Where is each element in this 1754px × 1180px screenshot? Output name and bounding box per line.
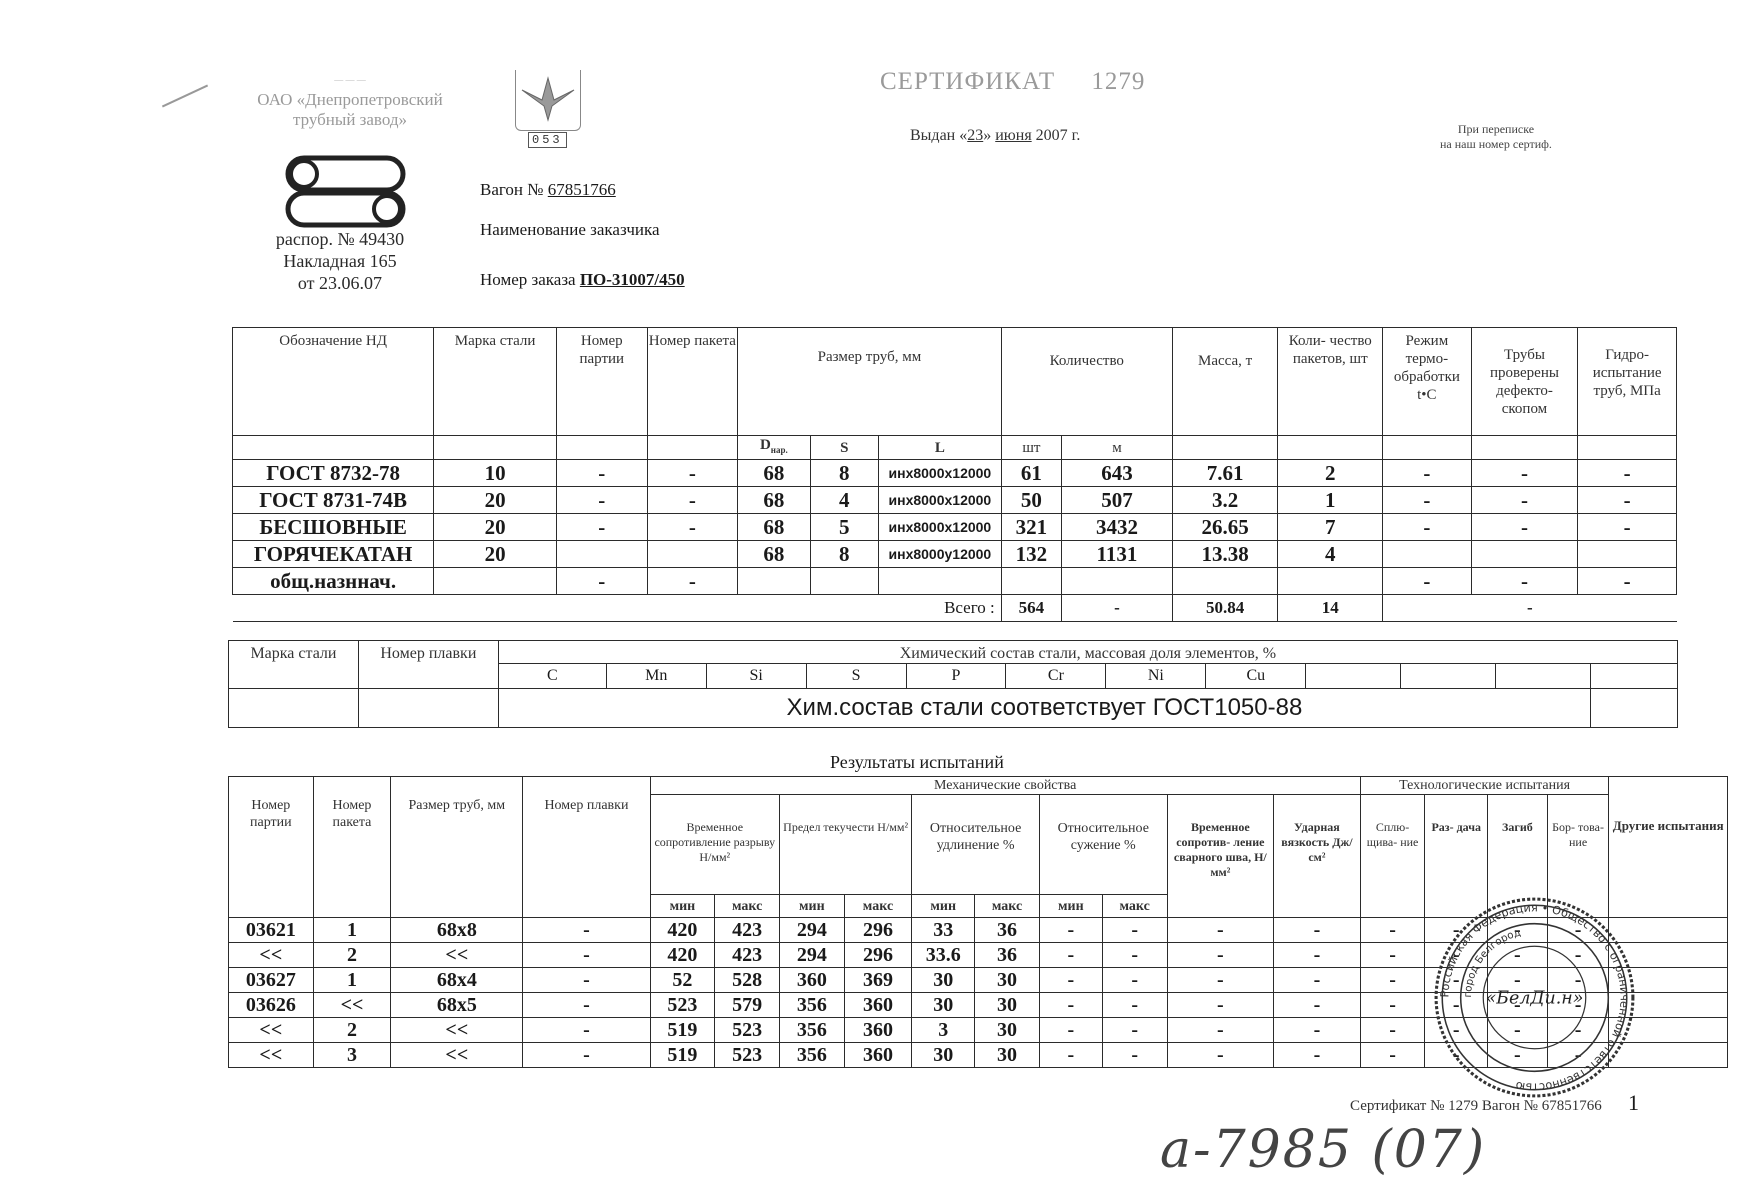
cell-m [1062, 568, 1173, 595]
cell-y-max: 360 [844, 1043, 912, 1068]
total-mass: 50.84 [1172, 595, 1278, 622]
res-col-impact: Ударная вязкость Дж/см² [1274, 795, 1361, 918]
cell-defect: - [1471, 568, 1578, 595]
cell-steel: 20 [434, 487, 557, 514]
cell-uts-max: 528 [715, 968, 780, 993]
cell-nd: ГОСТ 8731-74В [233, 487, 434, 514]
cell-flatten: - [1360, 943, 1425, 968]
cell-lot: - [557, 514, 648, 541]
cell-uts-min: 420 [650, 943, 715, 968]
cell-y-min: 294 [780, 918, 845, 943]
res-col-pack: Номер пакета [313, 777, 391, 918]
cell-heat [1383, 541, 1472, 568]
order-field: Номер заказа ПО-31007/450 [480, 270, 685, 290]
cell-packs: 7 [1278, 514, 1383, 541]
res-col-lot: Номер партии [229, 777, 314, 918]
certificate-number: 1279 [1091, 68, 1145, 95]
cell-r-min: - [1039, 1018, 1102, 1043]
chem-steel-value [229, 689, 359, 728]
res-col-uts: Временное сопротивление разрыву Н/мм² [650, 795, 779, 895]
cell-lot: - [557, 487, 648, 514]
cell-weld: - [1167, 1043, 1274, 1068]
cell-packs: 1 [1278, 487, 1383, 514]
cell-size: << [391, 943, 523, 968]
cell-weld: - [1167, 943, 1274, 968]
cell-steel [434, 568, 557, 595]
cell-hydro: - [1578, 487, 1677, 514]
cell-pcs: 321 [1001, 514, 1061, 541]
issue-year: 2007 г. [1036, 127, 1081, 144]
chem-element: C [498, 664, 606, 689]
cell-l [878, 568, 1001, 595]
cell-impact: - [1274, 993, 1361, 1018]
col-heat-treatment: Режим термо- обработки t•C [1383, 328, 1472, 436]
cell-el-min: 30 [912, 968, 975, 993]
cell-pcs: 61 [1001, 460, 1061, 487]
sub-wall-thickness: S [810, 436, 878, 460]
cell-weld: - [1167, 1018, 1274, 1043]
cell-mass: 13.38 [1172, 541, 1278, 568]
cell-el-min: 33 [912, 918, 975, 943]
cell-y-min: 356 [780, 993, 845, 1018]
total-pieces: 564 [1001, 595, 1061, 622]
cell-uts-min: 519 [650, 1018, 715, 1043]
wagon-label: Вагон № [480, 180, 544, 199]
cell-size: 68x5 [391, 993, 523, 1018]
correspondence-note: При переписке на наш номер сертиф. [1440, 122, 1552, 152]
res-col-flattening: Сплю- щива- ние [1360, 795, 1425, 918]
cell-flatten: - [1360, 968, 1425, 993]
res-min: мин [1039, 895, 1102, 918]
cell-heat: - [1383, 568, 1472, 595]
cell-uts-max: 423 [715, 943, 780, 968]
order-label: Номер заказа [480, 270, 576, 289]
cell-pack: 2 [313, 1018, 391, 1043]
chem-heat-value [358, 689, 498, 728]
waybill-date: от 23.06.07 [240, 272, 440, 294]
col-steel-grade: Марка стали [434, 328, 557, 436]
manufacturer-name: — — — ОАО «Днепропетровский трубный заво… [225, 70, 475, 130]
cell-impact: - [1274, 918, 1361, 943]
chem-element: Si [706, 664, 806, 689]
chem-title: Химический состав стали, массовая доля э… [498, 641, 1677, 664]
cell-r-max: - [1102, 993, 1167, 1018]
sub-meters: м [1062, 436, 1173, 460]
col-defectoscope: Трубы проверены дефекто- скопом [1471, 328, 1578, 436]
cell-defect: - [1471, 460, 1578, 487]
cell-mass: 26.65 [1172, 514, 1278, 541]
cell-pack: - [647, 460, 738, 487]
cell-y-max: 360 [844, 993, 912, 1018]
wagon-field: Вагон № 67851766 [480, 180, 616, 200]
chem-element: Cr [1006, 664, 1106, 689]
cell-nd: общ.назннач. [233, 568, 434, 595]
issue-date-mid: » [983, 127, 991, 144]
cell-impact: - [1274, 943, 1361, 968]
outer-diameter-symbol: D [760, 437, 771, 453]
distribution-number: распор. № 49430 [240, 228, 440, 250]
outer-diameter-subscript: нар. [771, 445, 788, 455]
cell-pack: - [647, 487, 738, 514]
chem-element: Ni [1106, 664, 1206, 689]
sub-blank [434, 436, 557, 460]
cell-uts-min: 420 [650, 918, 715, 943]
cell-y-min: 356 [780, 1018, 845, 1043]
cell-hydro: - [1578, 460, 1677, 487]
cell-size: << [391, 1018, 523, 1043]
res-min: мин [912, 895, 975, 918]
chem-element [1306, 664, 1401, 689]
cell-pcs [1001, 568, 1061, 595]
sub-blank [233, 436, 434, 460]
cell-lot: - [557, 460, 648, 487]
svg-text:«БелДи.н»: «БелДи.н» [1486, 989, 1584, 1009]
cell-lot: 03621 [229, 918, 314, 943]
cell-lot: << [229, 1043, 314, 1068]
cell-s [810, 568, 878, 595]
cell-heat: - [523, 1043, 650, 1068]
cell-lot: - [557, 568, 648, 595]
res-mechanical-group: Механические свойства [650, 777, 1360, 795]
shipment-row: ГОРЯЧЕКАТАН20688инх8000у12000132113113.3… [233, 541, 1677, 568]
cell-pack: 1 [313, 968, 391, 993]
cell-l: инх8000х12000 [878, 487, 1001, 514]
res-max: макс [975, 895, 1040, 918]
cell-pcs: 132 [1001, 541, 1061, 568]
res-min: мин [780, 895, 845, 918]
cell-steel: 10 [434, 460, 557, 487]
emblem-code: 053 [528, 132, 567, 148]
test-results-title: Результаты испытаний [830, 752, 1004, 773]
col-pack: Номер пакета [647, 328, 738, 436]
shipment-total-row: Всего :564-50.8414- [233, 595, 1677, 622]
cell-pack: - [647, 514, 738, 541]
cell-steel: 20 [434, 514, 557, 541]
cell-weld: - [1167, 993, 1274, 1018]
cell-y-max: 296 [844, 943, 912, 968]
cell-el-max: 30 [975, 968, 1040, 993]
col-lot: Номер партии [557, 328, 648, 436]
issue-date: Выдан «23» июня 2007 г. [910, 127, 1080, 145]
shipment-row: ГОСТ 8731-74В20--684инх8000х12000505073.… [233, 487, 1677, 514]
total-meters: - [1062, 595, 1173, 622]
cell-flatten: - [1360, 1018, 1425, 1043]
cell-s: 8 [810, 541, 878, 568]
cell-r-min: - [1039, 968, 1102, 993]
cell-y-max: 296 [844, 918, 912, 943]
cell-r-max: - [1102, 943, 1167, 968]
sub-blank [1383, 436, 1472, 460]
cell-el-max: 30 [975, 1018, 1040, 1043]
handwritten-annotation: а-7985 (07) [1160, 1120, 1486, 1180]
cell-y-max: 369 [844, 968, 912, 993]
manufacturer-line-2: трубный завод» [225, 110, 475, 130]
cell-r-max: - [1102, 918, 1167, 943]
issue-date-prefix: Выдан « [910, 127, 967, 144]
cell-flatten: - [1360, 918, 1425, 943]
chem-element [1401, 664, 1496, 689]
cell-heat: - [1383, 487, 1472, 514]
cell-impact: - [1274, 1043, 1361, 1068]
order-number: ПО-31007/450 [580, 270, 685, 289]
cell-packs [1278, 568, 1383, 595]
cell-hydro: - [1578, 514, 1677, 541]
cell-hydro [1578, 541, 1677, 568]
shipment-row: ГОСТ 8732-7810--688инх8000х12000616437.6… [233, 460, 1677, 487]
cell-heat: - [523, 943, 650, 968]
res-col-elongation: Относительное удлинение % [912, 795, 1040, 895]
cell-defect [1471, 541, 1578, 568]
cell-m: 507 [1062, 487, 1173, 514]
shipment-row: общ.назннач.----- [233, 568, 1677, 595]
cell-pack: 1 [313, 918, 391, 943]
col-pack-count: Коли- чество пакетов, шт [1278, 328, 1383, 436]
cell-heat: - [523, 993, 650, 1018]
cell-defect: - [1471, 487, 1578, 514]
chem-col-steel: Марка стали [229, 641, 359, 689]
cell-el-max: 30 [975, 1043, 1040, 1068]
cell-m: 1131 [1062, 541, 1173, 568]
chem-element: Mn [606, 664, 706, 689]
cell-pack [647, 541, 738, 568]
correspondence-line-1: При переписке [1440, 122, 1552, 137]
res-max: макс [844, 895, 912, 918]
cell-uts-max: 523 [715, 1043, 780, 1068]
sub-blank [1172, 436, 1278, 460]
shipment-table: Обозначение НД Марка стали Номер партии … [232, 327, 1677, 622]
chem-col-heat: Номер плавки [358, 641, 498, 689]
cell-steel: 20 [434, 541, 557, 568]
sub-blank [1278, 436, 1383, 460]
customer-label: Наименование заказчика [480, 220, 660, 239]
sub-pieces: шт [1001, 436, 1061, 460]
cell-lot: 03627 [229, 968, 314, 993]
pen-mark [162, 85, 208, 108]
cell-uts-max: 579 [715, 993, 780, 1018]
sub-outer-diameter: Dнар. [738, 436, 810, 460]
cell-el-max: 36 [975, 943, 1040, 968]
cell-m: 3432 [1062, 514, 1173, 541]
shipment-row: БЕСШОВНЫЕ20--685инх8000х12000321343226.6… [233, 514, 1677, 541]
chem-element [1591, 664, 1678, 689]
chemistry-table: Марка стали Номер плавки Химический сост… [228, 640, 1678, 728]
cell-r-max: - [1102, 968, 1167, 993]
cell-r-max: - [1102, 1043, 1167, 1068]
chem-blank [1591, 689, 1678, 728]
correspondence-line-2: на наш номер сертиф. [1440, 137, 1552, 152]
cell-l: инх8000х12000 [878, 514, 1001, 541]
cell-s: 8 [810, 460, 878, 487]
cell-lot [557, 541, 648, 568]
res-max: макс [1102, 895, 1167, 918]
res-col-reduction: Относительное сужение % [1039, 795, 1167, 895]
chem-element: S [806, 664, 906, 689]
cell-d: 68 [738, 541, 810, 568]
chem-element: P [906, 664, 1006, 689]
cell-el-min: 30 [912, 1043, 975, 1068]
cell-y-min: 294 [780, 943, 845, 968]
cell-r-min: - [1039, 918, 1102, 943]
page-number: 1 [1628, 1090, 1639, 1116]
cell-pack: - [647, 568, 738, 595]
shipping-info: распор. № 49430 Накладная 165 от 23.06.0… [240, 228, 440, 294]
cell-pcs: 50 [1001, 487, 1061, 514]
sub-blank [1578, 436, 1677, 460]
cell-d [738, 568, 810, 595]
footer-reference: Сертификат № 1279 Вагон № 67851766 [1350, 1098, 1602, 1115]
cell-uts-min: 519 [650, 1043, 715, 1068]
cell-s: 4 [810, 487, 878, 514]
issue-day: 23 [967, 127, 983, 144]
cell-defect: - [1471, 514, 1578, 541]
cell-size: 68x8 [391, 918, 523, 943]
cell-size: << [391, 1043, 523, 1068]
cell-lot: << [229, 943, 314, 968]
cell-uts-min: 523 [650, 993, 715, 1018]
chem-compliance-note: Хим.состав стали соответствует ГОСТ1050-… [498, 689, 1590, 728]
res-col-yield: Предел текучести Н/мм² [780, 795, 912, 895]
certification-emblem-icon [515, 70, 581, 131]
sub-blank [647, 436, 738, 460]
res-col-size: Размер труб, мм [391, 777, 523, 918]
cell-weld: - [1167, 968, 1274, 993]
col-hydro-test: Гидро- испытание труб, МПа [1578, 328, 1677, 436]
manufacturer-top-line: — — — [225, 70, 475, 90]
chem-element [1496, 664, 1591, 689]
cell-lot: 03626 [229, 993, 314, 1018]
wagon-number: 67851766 [548, 180, 616, 199]
col-nd: Обозначение НД [233, 328, 434, 436]
manufacturer-line-1: ОАО «Днепропетровский [225, 90, 475, 110]
cell-uts-max: 523 [715, 1018, 780, 1043]
cell-pack: 2 [313, 943, 391, 968]
certificate-title: СЕРТИФИКАТ 1279 [880, 68, 1145, 96]
cell-flatten: - [1360, 1043, 1425, 1068]
cell-uts-max: 423 [715, 918, 780, 943]
customer-field: Наименование заказчика [480, 220, 660, 240]
cell-el-min: 3 [912, 1018, 975, 1043]
issue-month: июня [995, 127, 1031, 144]
cell-weld: - [1167, 918, 1274, 943]
cell-el-max: 30 [975, 993, 1040, 1018]
cell-d: 68 [738, 460, 810, 487]
cell-nd: БЕСШОВНЫЕ [233, 514, 434, 541]
cell-r-min: - [1039, 1043, 1102, 1068]
cell-r-max: - [1102, 1018, 1167, 1043]
cell-packs: 2 [1278, 460, 1383, 487]
cell-impact: - [1274, 1018, 1361, 1043]
cell-r-min: - [1039, 993, 1102, 1018]
waybill-number: Накладная 165 [240, 250, 440, 272]
chem-element: Cu [1206, 664, 1306, 689]
pipe-plant-logo-icon [285, 155, 410, 235]
col-quantity: Количество [1001, 328, 1172, 436]
res-max: макс [715, 895, 780, 918]
sub-length: L [878, 436, 1001, 460]
cell-r-min: - [1039, 943, 1102, 968]
res-min: мин [650, 895, 715, 918]
cell-pack: 3 [313, 1043, 391, 1068]
cell-heat: - [1383, 460, 1472, 487]
cell-mass [1172, 568, 1278, 595]
cell-l: инх8000х12000 [878, 460, 1001, 487]
cell-y-min: 360 [780, 968, 845, 993]
cell-d: 68 [738, 514, 810, 541]
company-seal-stamp: Российская Федерация • Общество с ограни… [1432, 895, 1637, 1100]
cell-packs: 4 [1278, 541, 1383, 568]
cell-size: 68x4 [391, 968, 523, 993]
res-col-weld-strength: Временное сопротив- ление сварного шва, … [1167, 795, 1274, 918]
total-packs: 14 [1278, 595, 1383, 622]
cell-s: 5 [810, 514, 878, 541]
cell-m: 643 [1062, 460, 1173, 487]
cell-el-max: 36 [975, 918, 1040, 943]
cell-y-min: 356 [780, 1043, 845, 1068]
sub-blank [557, 436, 648, 460]
res-tech-group: Технологические испытания [1360, 777, 1609, 795]
certificate-title-word: СЕРТИФИКАТ [880, 68, 1055, 95]
cell-nd: ГОРЯЧЕКАТАН [233, 541, 434, 568]
cell-el-min: 33.6 [912, 943, 975, 968]
cell-hydro: - [1578, 568, 1677, 595]
cell-d: 68 [738, 487, 810, 514]
total-rest: - [1383, 595, 1677, 622]
cell-heat: - [523, 918, 650, 943]
sub-blank [1471, 436, 1578, 460]
col-pipe-size: Размер труб, мм [738, 328, 1002, 436]
cell-mass: 7.61 [1172, 460, 1278, 487]
cell-pack: << [313, 993, 391, 1018]
col-mass: Масса, т [1172, 328, 1278, 436]
cell-el-min: 30 [912, 993, 975, 1018]
res-col-heat: Номер плавки [523, 777, 650, 918]
cell-mass: 3.2 [1172, 487, 1278, 514]
cell-uts-min: 52 [650, 968, 715, 993]
cell-heat: - [1383, 514, 1472, 541]
cell-l: инх8000у12000 [878, 541, 1001, 568]
cell-y-max: 360 [844, 1018, 912, 1043]
cell-impact: - [1274, 968, 1361, 993]
cell-flatten: - [1360, 993, 1425, 1018]
cell-heat: - [523, 968, 650, 993]
cell-nd: ГОСТ 8732-78 [233, 460, 434, 487]
total-label: Всего : [233, 595, 1002, 622]
cell-heat: - [523, 1018, 650, 1043]
cell-lot: << [229, 1018, 314, 1043]
